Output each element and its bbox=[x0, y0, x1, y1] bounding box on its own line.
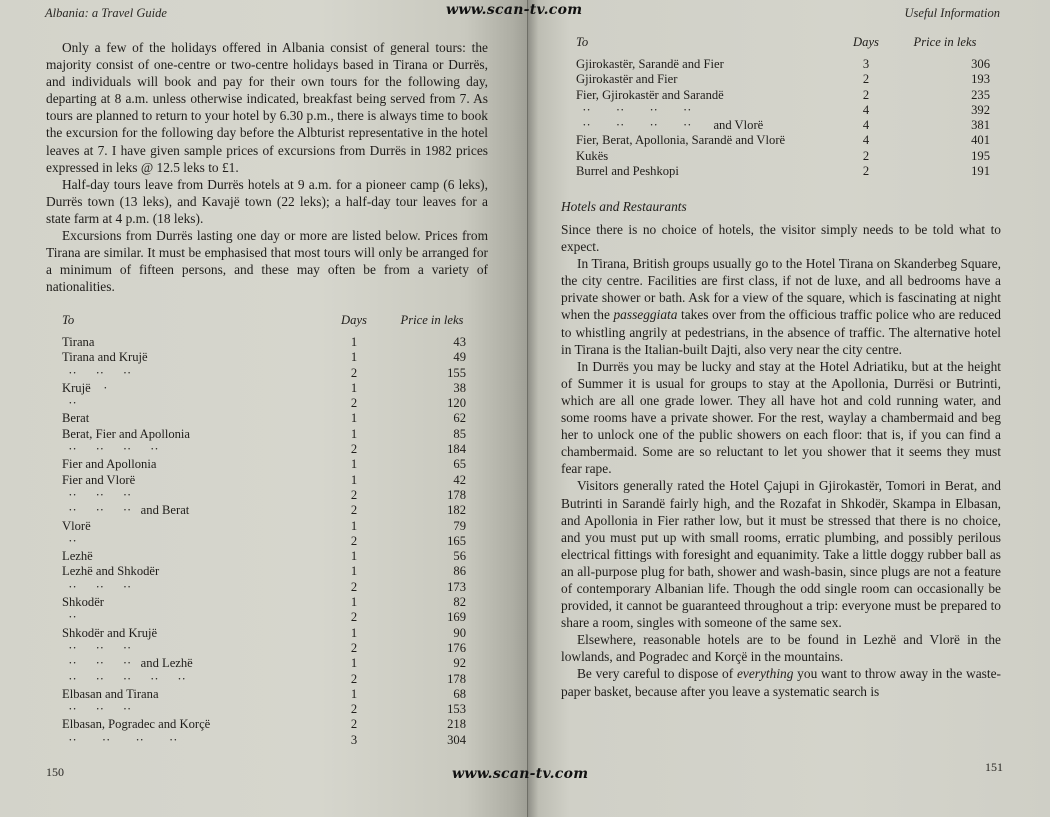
price-cell: 193 bbox=[900, 72, 990, 87]
table-row: Elbasan, Pogradec and Korçë2218 bbox=[62, 717, 466, 732]
destination-cell: Fier and Apollonia bbox=[62, 457, 320, 472]
emphasis: passeggiata bbox=[613, 307, 677, 322]
table-row: Lezhë156 bbox=[62, 549, 466, 564]
days-cell: 2 bbox=[320, 442, 388, 457]
destination-cell: Tirana bbox=[62, 335, 320, 350]
column-header-price: Price in leks bbox=[388, 313, 466, 335]
destination-cell: ·· bbox=[62, 534, 320, 549]
days-cell: 3 bbox=[832, 57, 900, 72]
destination-cell: ·· ·· ·· bbox=[62, 580, 320, 595]
price-cell: 191 bbox=[900, 164, 990, 179]
days-cell: 1 bbox=[320, 626, 388, 641]
price-cell: 42 bbox=[388, 473, 466, 488]
paragraph: Visitors generally rated the Hotel Çajup… bbox=[561, 477, 1001, 631]
days-cell: 2 bbox=[320, 641, 388, 656]
price-cell: 176 bbox=[388, 641, 466, 656]
right-body-text: Since there is no choice of hotels, the … bbox=[561, 221, 1001, 700]
excursions-table-right: To Days Price in leks Gjirokastër, Saran… bbox=[576, 35, 990, 179]
price-cell: 56 bbox=[388, 549, 466, 564]
price-cell: 169 bbox=[388, 610, 466, 625]
destination-cell: Vlorë bbox=[62, 519, 320, 534]
destination-cell: Lezhë and Shkodër bbox=[62, 564, 320, 579]
table-row: ·· ·· ·· and Lezhë192 bbox=[62, 656, 466, 671]
days-cell: 2 bbox=[832, 88, 900, 103]
days-cell: 1 bbox=[320, 350, 388, 365]
price-cell: 184 bbox=[388, 442, 466, 457]
price-cell: 68 bbox=[388, 687, 466, 702]
table-row: ·· ·· ·· ··3304 bbox=[62, 733, 466, 748]
destination-cell: Elbasan, Pogradec and Korçë bbox=[62, 717, 320, 732]
table-row: Berat162 bbox=[62, 411, 466, 426]
price-cell: 86 bbox=[388, 564, 466, 579]
days-cell: 2 bbox=[320, 610, 388, 625]
destination-cell: ·· ·· ·· and Lezhë bbox=[62, 656, 320, 671]
price-cell: 178 bbox=[388, 488, 466, 503]
section-heading: Hotels and Restaurants bbox=[561, 199, 687, 215]
table-row: Shkodër and Krujë190 bbox=[62, 626, 466, 641]
destination-cell: Burrel and Peshkopi bbox=[576, 164, 832, 179]
destination-cell: Gjirokastër, Sarandë and Fier bbox=[576, 57, 832, 72]
days-cell: 2 bbox=[320, 580, 388, 595]
days-cell: 1 bbox=[320, 656, 388, 671]
destination-cell: Fier, Gjirokastër and Sarandë bbox=[576, 88, 832, 103]
watermark-top: www.scan-tv.com bbox=[446, 2, 582, 18]
days-cell: 1 bbox=[320, 335, 388, 350]
table-body: Gjirokastër, Sarandë and Fier3306Gjiroka… bbox=[576, 57, 990, 179]
page-number-left: 150 bbox=[46, 765, 64, 780]
table-row: Fier and Apollonia165 bbox=[62, 457, 466, 472]
table-row: ·· ·· ··2176 bbox=[62, 641, 466, 656]
days-cell: 1 bbox=[320, 549, 388, 564]
table-header-row: To Days Price in leks bbox=[62, 313, 466, 335]
price-cell: 165 bbox=[388, 534, 466, 549]
table-row: ·· ·· ·· ··4392 bbox=[576, 103, 990, 118]
destination-cell: ·· ·· ·· ·· bbox=[62, 442, 320, 457]
price-cell: 381 bbox=[900, 118, 990, 133]
destination-cell: ·· ·· ·· bbox=[62, 488, 320, 503]
destination-cell: ·· ·· ·· ·· bbox=[576, 103, 832, 118]
price-cell: 178 bbox=[388, 672, 466, 687]
book-gutter bbox=[527, 0, 528, 817]
table-row: Vlorë179 bbox=[62, 519, 466, 534]
destination-cell: ·· ·· ·· bbox=[62, 641, 320, 656]
table-row: ··2169 bbox=[62, 610, 466, 625]
price-cell: 304 bbox=[388, 733, 466, 748]
destination-cell: Lezhë bbox=[62, 549, 320, 564]
destination-cell: Shkodër bbox=[62, 595, 320, 610]
days-cell: 2 bbox=[320, 672, 388, 687]
paragraph: Since there is no choice of hotels, the … bbox=[561, 221, 1001, 255]
days-cell: 3 bbox=[320, 733, 388, 748]
days-cell: 4 bbox=[832, 118, 900, 133]
price-cell: 49 bbox=[388, 350, 466, 365]
page-number-right: 151 bbox=[985, 760, 1003, 775]
days-cell: 2 bbox=[320, 717, 388, 732]
destination-cell: Kukës bbox=[576, 149, 832, 164]
paragraph: In Tirana, British groups usually go to … bbox=[561, 255, 1001, 358]
table-row: ·· ·· ··2173 bbox=[62, 580, 466, 595]
price-cell: 90 bbox=[388, 626, 466, 641]
paragraph: In Durrës you may be lucky and stay at t… bbox=[561, 358, 1001, 478]
price-cell: 82 bbox=[388, 595, 466, 610]
destination-cell: Berat bbox=[62, 411, 320, 426]
days-cell: 1 bbox=[320, 411, 388, 426]
destination-cell: Fier, Berat, Apollonia, Sarandë and Vlor… bbox=[576, 133, 832, 148]
price-cell: 62 bbox=[388, 411, 466, 426]
table-row: ·· ·· ·· and Berat2182 bbox=[62, 503, 466, 518]
price-cell: 401 bbox=[900, 133, 990, 148]
days-cell: 1 bbox=[320, 687, 388, 702]
price-cell: 173 bbox=[388, 580, 466, 595]
running-head-right: Useful Information bbox=[905, 6, 1000, 21]
table-row: Berat, Fier and Apollonia185 bbox=[62, 427, 466, 442]
table-row: ·· ·· ··2153 bbox=[62, 702, 466, 717]
destination-cell: Berat, Fier and Apollonia bbox=[62, 427, 320, 442]
paragraph: Half-day tours leave from Durrës hotels … bbox=[46, 176, 488, 227]
destination-cell: Gjirokastër and Fier bbox=[576, 72, 832, 87]
price-cell: 182 bbox=[388, 503, 466, 518]
table-row: ·· ·· ··2155 bbox=[62, 366, 466, 381]
price-cell: 392 bbox=[900, 103, 990, 118]
price-cell: 38 bbox=[388, 381, 466, 396]
days-cell: 2 bbox=[832, 149, 900, 164]
days-cell: 4 bbox=[832, 103, 900, 118]
days-cell: 1 bbox=[320, 381, 388, 396]
days-cell: 2 bbox=[832, 164, 900, 179]
column-header-days: Days bbox=[320, 313, 388, 335]
table-row: Fier and Vlorë142 bbox=[62, 473, 466, 488]
days-cell: 1 bbox=[320, 473, 388, 488]
table-row: ·· ·· ··2178 bbox=[62, 488, 466, 503]
excursions-table-left: To Days Price in leks Tirana143Tirana an… bbox=[62, 313, 466, 748]
table-row: Fier, Gjirokastër and Sarandë2235 bbox=[576, 88, 990, 103]
destination-cell: ·· bbox=[62, 396, 320, 411]
table-row: Lezhë and Shkodër186 bbox=[62, 564, 466, 579]
column-header-to: To bbox=[62, 313, 320, 335]
days-cell: 1 bbox=[320, 595, 388, 610]
destination-cell: Krujë · bbox=[62, 381, 320, 396]
destination-cell: Elbasan and Tirana bbox=[62, 687, 320, 702]
destination-cell: ·· ·· ·· ·· and Vlorë bbox=[576, 118, 832, 133]
days-cell: 1 bbox=[320, 457, 388, 472]
destination-cell: Fier and Vlorë bbox=[62, 473, 320, 488]
column-header-to: To bbox=[576, 35, 832, 57]
table-row: Fier, Berat, Apollonia, Sarandë and Vlor… bbox=[576, 133, 990, 148]
destination-cell: ·· ·· ·· and Berat bbox=[62, 503, 320, 518]
price-cell: 195 bbox=[900, 149, 990, 164]
days-cell: 2 bbox=[320, 488, 388, 503]
price-cell: 306 bbox=[900, 57, 990, 72]
days-cell: 2 bbox=[320, 702, 388, 717]
destination-cell: ·· ·· ·· bbox=[62, 366, 320, 381]
days-cell: 1 bbox=[320, 427, 388, 442]
paragraph: Only a few of the holidays offered in Al… bbox=[46, 39, 488, 176]
table-row: Krujë ·138 bbox=[62, 381, 466, 396]
table-row: Tirana and Krujë149 bbox=[62, 350, 466, 365]
column-header-price: Price in leks bbox=[900, 35, 990, 57]
table-row: ·· ·· ·· ·· ··2178 bbox=[62, 672, 466, 687]
days-cell: 2 bbox=[320, 366, 388, 381]
price-cell: 92 bbox=[388, 656, 466, 671]
paragraph: Excursions from Durrës lasting one day o… bbox=[46, 227, 488, 295]
table-row: Elbasan and Tirana168 bbox=[62, 687, 466, 702]
table-body: Tirana143Tirana and Krujë149 ·· ·· ··215… bbox=[62, 335, 466, 748]
destination-cell: Tirana and Krujë bbox=[62, 350, 320, 365]
table-row: ·· ·· ·· ··2184 bbox=[62, 442, 466, 457]
left-body-text: Only a few of the holidays offered in Al… bbox=[46, 39, 488, 295]
days-cell: 2 bbox=[832, 72, 900, 87]
days-cell: 2 bbox=[320, 534, 388, 549]
paragraph: Be very careful to dispose of everything… bbox=[561, 665, 1001, 699]
price-cell: 235 bbox=[900, 88, 990, 103]
table-row: Gjirokastër, Sarandë and Fier3306 bbox=[576, 57, 990, 72]
emphasis: everything bbox=[737, 666, 794, 681]
destination-cell: ·· ·· ·· ·· ·· bbox=[62, 672, 320, 687]
days-cell: 2 bbox=[320, 396, 388, 411]
table-row: ··2120 bbox=[62, 396, 466, 411]
price-cell: 43 bbox=[388, 335, 466, 350]
table-row: Tirana143 bbox=[62, 335, 466, 350]
table-row: Kukës2195 bbox=[576, 149, 990, 164]
watermark-bottom: www.scan-tv.com bbox=[452, 766, 588, 782]
days-cell: 2 bbox=[320, 503, 388, 518]
paragraph: Elsewhere, reasonable hotels are to be f… bbox=[561, 631, 1001, 665]
table-row: ··2165 bbox=[62, 534, 466, 549]
price-cell: 85 bbox=[388, 427, 466, 442]
price-cell: 218 bbox=[388, 717, 466, 732]
table-row: Burrel and Peshkopi2191 bbox=[576, 164, 990, 179]
price-cell: 120 bbox=[388, 396, 466, 411]
running-head-left: Albania: a Travel Guide bbox=[45, 6, 167, 21]
table-header-row: To Days Price in leks bbox=[576, 35, 990, 57]
days-cell: 4 bbox=[832, 133, 900, 148]
days-cell: 1 bbox=[320, 519, 388, 534]
destination-cell: ·· ·· ·· ·· bbox=[62, 733, 320, 748]
destination-cell: ·· bbox=[62, 610, 320, 625]
table-row: Gjirokastër and Fier2193 bbox=[576, 72, 990, 87]
destination-cell: ·· ·· ·· bbox=[62, 702, 320, 717]
price-cell: 153 bbox=[388, 702, 466, 717]
table-row: Shkodër182 bbox=[62, 595, 466, 610]
price-cell: 155 bbox=[388, 366, 466, 381]
table-row: ·· ·· ·· ·· and Vlorë4381 bbox=[576, 118, 990, 133]
price-cell: 79 bbox=[388, 519, 466, 534]
destination-cell: Shkodër and Krujë bbox=[62, 626, 320, 641]
price-cell: 65 bbox=[388, 457, 466, 472]
days-cell: 1 bbox=[320, 564, 388, 579]
column-header-days: Days bbox=[832, 35, 900, 57]
